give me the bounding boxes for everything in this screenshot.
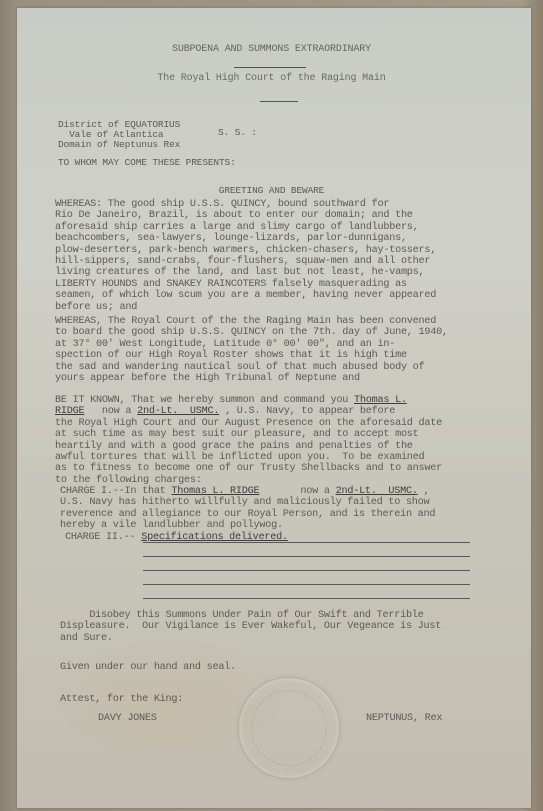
charge-rank-field: 2nd-Lt. USMC. [336,486,418,497]
signer-neptunus-rex: NEPTUNUS, Rex [366,713,442,724]
charge-blank-line [143,542,470,543]
signer-davy-jones: DAVY JONES [98,713,157,724]
charge-blank-line [143,570,470,571]
charge-blank-line [143,584,470,585]
whereas-paragraph-1: WHEREAS: The good ship U.S.S. QUINCY, bo… [55,199,475,313]
given-line: Given under our hand and seal. [60,662,480,673]
charge-1: CHARGE I.--In that Thomas L. RIDGE now a… [60,486,480,532]
warning-paragraph: Disobey this Summons Under Pain of Our S… [60,610,480,644]
whereas-paragraph-2: WHEREAS, The Royal Court of the the Ragi… [55,316,475,384]
to-whom-heading: TO WHOM MAY COME THESE PRESENTS: [58,157,236,168]
greeting-heading: GREETING AND BEWARE [0,185,543,196]
rank-field: 2nd-Lt. USMC. [137,406,219,417]
district-line: Domain of Neptunus Rex [58,139,180,150]
charge-name-field: Thomas L. RIDGE [171,486,259,497]
charge-blank-line [143,556,470,557]
be-it-known-paragraph: BE IT KNOWN, That we hereby summon and c… [55,395,475,486]
title-underline [234,67,306,68]
court-name: The Royal High Court of the Raging Main [0,73,543,84]
document-title: SUBPOENA AND SUMMONS EXTRAORDINARY [0,44,543,55]
district-block: District of EQUATORIUS Vale of Atlantica… [58,120,180,150]
attest-line: Attest, for the King: [60,694,480,705]
ss-mark: S. S. : [218,127,257,138]
name-field-continued: RIDGE [55,406,84,417]
embossed-seal [238,677,340,779]
name-field: Thomas L. [354,395,407,406]
court-divider [260,101,298,102]
charge-blank-line [143,598,470,599]
